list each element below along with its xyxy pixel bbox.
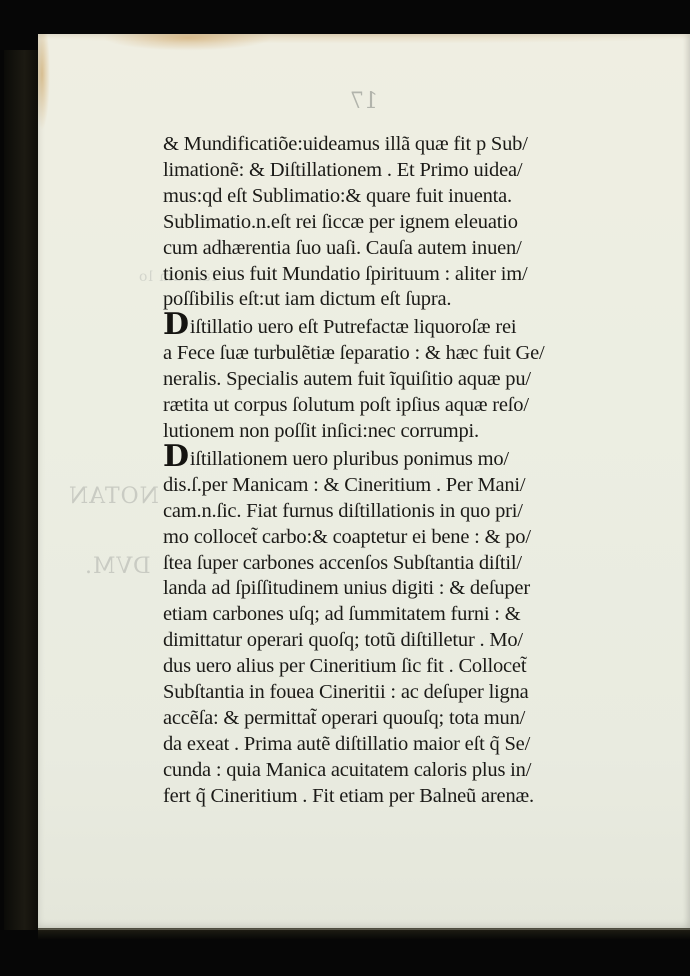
text-line: Sublimatio.n.eſt rei ſiccæ per ignem ele… xyxy=(163,210,603,236)
text-line-with-dropcap: Diſtillatio uero eſt Putrefactæ liquoroſ… xyxy=(163,313,603,341)
text-line: Subſtantia in fouea Cineritii : ac deſup… xyxy=(163,680,603,706)
drop-cap: D xyxy=(163,439,189,474)
text-line: cum adhærentia ſuo uaſi. Cauſa autem inu… xyxy=(163,236,603,262)
text-line: mo collocet̃ carbo:& coaptetur ei bene :… xyxy=(163,525,603,551)
text-line: dus uero alius per Cineritium ſic fit . … xyxy=(163,654,603,680)
text-line: da exeat . Prima autẽ diſtillatio maior … xyxy=(163,732,603,758)
text-line: etiam carbones uſq; ad ſummitatem furni … xyxy=(163,602,603,628)
text-line-with-dropcap: Diſtillationem uero pluribus ponimus mo/ xyxy=(163,445,603,473)
text-line: landa ad ſpiſſitudinem unius digiti : & … xyxy=(163,576,603,602)
page-bottom-shadow xyxy=(38,928,690,940)
text-line: a Fece ſuæ turbulẽtiæ ſeparatio : & hæc … xyxy=(163,341,603,367)
text-line: cam.n.ſic. Fiat furnus diſtillationis in… xyxy=(163,499,603,525)
text-line: poſſibilis eſt:ut iam dictum eſt ſupra. xyxy=(163,287,603,313)
text-line: accẽſa: & permittat̃ operari quouſq; tot… xyxy=(163,706,603,732)
show-through-text-2: DVM. xyxy=(84,554,151,579)
text-line: dimittatur operari quoſq; totũ diſtillet… xyxy=(163,628,603,654)
book-spine-edge xyxy=(4,50,38,930)
text-line: & Mundificatiõe:uideamus illã quæ fit p … xyxy=(163,132,603,158)
folio-number: 17 xyxy=(350,89,378,114)
drop-cap: D xyxy=(163,307,189,342)
text-line: rætita ut corpus ſolutum poſt ipſius aqu… xyxy=(163,393,603,419)
text-line: tionis eius fuit Mundatio ſpirituum : al… xyxy=(163,262,603,288)
text-line: neralis. Specialis autem fuit ĩquiſitio … xyxy=(163,367,603,393)
text-line: cunda : quia Manica acuitatem caloris pl… xyxy=(163,758,603,784)
text-line: fert q̃ Cineritium . Fit etiam per Balne… xyxy=(163,784,603,810)
text-line: lutionem non poſſit inſici:nec corrumpi. xyxy=(163,419,603,445)
text-line: limationẽ: & Diſtillationem . Et Primo u… xyxy=(163,158,603,184)
text-line: ſtea ſuper carbones accenſos Subſtantia … xyxy=(163,551,603,577)
text-line: mus:qd eſt Sublimatio:& quare fuit inuen… xyxy=(163,184,603,210)
scanned-page-view: 17 farilum lo NOTAN DVM. & Mundificatiõe… xyxy=(0,0,690,976)
text-line-rest: iſtillationem uero pluribus ponimus mo/ xyxy=(190,448,509,470)
body-text: & Mundificatiõe:uideamus illã quæ fit p … xyxy=(163,132,603,810)
text-line-rest: iſtillatio uero eſt Putrefactæ liquoroſæ… xyxy=(190,316,517,338)
book-page: 17 farilum lo NOTAN DVM. & Mundificatiõe… xyxy=(38,34,690,930)
show-through-text-1: NOTAN xyxy=(68,484,159,509)
text-line: dis.ſ.per Manicam : & Cineritium . Per M… xyxy=(163,473,603,499)
